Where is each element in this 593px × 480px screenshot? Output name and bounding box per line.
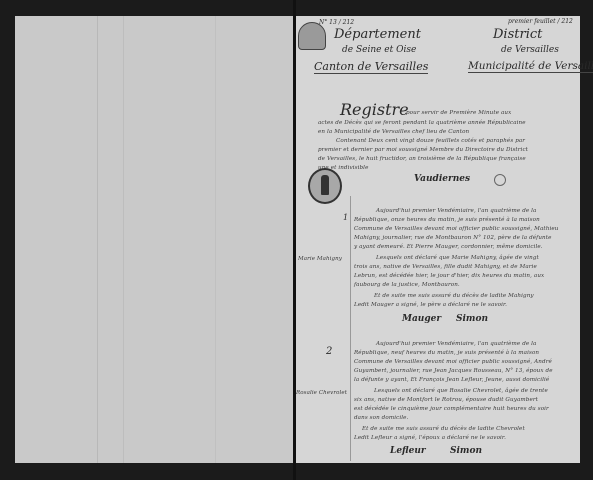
signature: Simon	[456, 314, 488, 324]
intro-line: actes de Décès qui se feront pendant la …	[318, 120, 526, 126]
entry-margin-name: Rosalie Chevrolet	[296, 390, 347, 396]
header-departement: Département	[334, 27, 421, 42]
entry-line: six ans, native de Montfort le Rotrou, é…	[354, 397, 538, 403]
entry-line: Commune de Versailles devant moi officie…	[354, 359, 552, 365]
header-district-sub: de Versailles	[501, 45, 559, 55]
seal-icon	[308, 168, 342, 204]
entry-line: Guyambert, journalier, rue Jean Jacques …	[354, 368, 553, 374]
signature: Mauger	[402, 314, 441, 324]
entry-line: faubourg de la justice, Montbauron.	[354, 282, 460, 288]
intro-line: premier et dernier par moi soussigné Mem…	[318, 147, 528, 153]
paper-fold-line	[123, 16, 124, 463]
paper-fold-line	[97, 16, 98, 463]
entry-line: dans son domicile.	[354, 415, 408, 421]
entry-line: trois ans, native de Versailles, fille d…	[354, 264, 537, 270]
entry-line: Et de suite me suis assuré du décès de l…	[362, 426, 525, 432]
entry-line: Ledit Mauger a signé, le père a déclaré …	[354, 302, 507, 308]
left-page-blank	[15, 16, 295, 463]
entry-line: Et de suite me suis assuré du décès de l…	[374, 293, 534, 299]
entry-line: République, onze heures du matin, je sui…	[354, 217, 540, 223]
margin-rule	[350, 196, 351, 461]
entry-line: Aujourd'hui premier Vendémiaire, l'an qu…	[376, 341, 537, 347]
archive-stamp-icon	[494, 174, 506, 186]
paper-fold-line	[215, 16, 216, 463]
entry-line: Lesquels ont déclaré que Rosalie Chevrol…	[374, 388, 548, 394]
intro-line: de Versailles, le huit fructidor, an tro…	[318, 156, 526, 162]
entry-line: République, neuf heures du matin, je sui…	[354, 350, 539, 356]
intro-line: Contenant Deux cent vingt douze feuillet…	[336, 138, 525, 144]
header-canton: Canton de Versailles	[314, 60, 428, 74]
entry-line: Mahigny, journalier, rue de Montbauron N…	[354, 235, 552, 241]
departement-emblem-icon	[298, 22, 326, 50]
right-page-register: N° 13 / 212 premier feuillet / 212 Dépar…	[296, 16, 580, 463]
entry-line: est décédée le cinquième jour complément…	[354, 406, 549, 412]
intro-line: en la Municipalité de Versailles chef li…	[318, 129, 469, 135]
entry-number: 2	[326, 346, 332, 357]
entry-line: Ledit Lefleur a signé, l'époux a déclaré…	[354, 435, 506, 441]
entry-line: Lesquels ont déclaré que Marie Mahigny, …	[376, 255, 539, 261]
folio-note: premier feuillet / 212	[508, 18, 573, 25]
intro-line: pour servir de Première Minute aux	[406, 110, 511, 116]
header-district: District	[493, 27, 542, 42]
entry-number: 1	[343, 213, 348, 222]
entry-line: la défunte y ayant, Et François Jean Lef…	[354, 377, 549, 383]
folio-number: N° 13 / 212	[319, 19, 354, 26]
signature: Lefleur	[390, 446, 426, 456]
header-departement-sub: de Seine et Oise	[342, 45, 416, 55]
entry-margin-name: Marie Mahigny	[298, 256, 342, 262]
register-title: Registre	[340, 100, 409, 119]
entry-line: y ayant demeuré. Et Pierre Mauger, cordo…	[354, 244, 543, 250]
entry-line: Lebrun, est décédée hier, le jour d'hier…	[354, 273, 544, 279]
signature: Simon	[450, 446, 482, 456]
intro-signature: Vaudiernes	[414, 174, 470, 184]
header-municipalite: Municipalité de Versailles	[468, 60, 593, 73]
entry-line: Commune de Versailles devant moi officie…	[354, 226, 559, 232]
entry-line: Aujourd'hui premier Vendémiaire, l'an qu…	[376, 208, 537, 214]
